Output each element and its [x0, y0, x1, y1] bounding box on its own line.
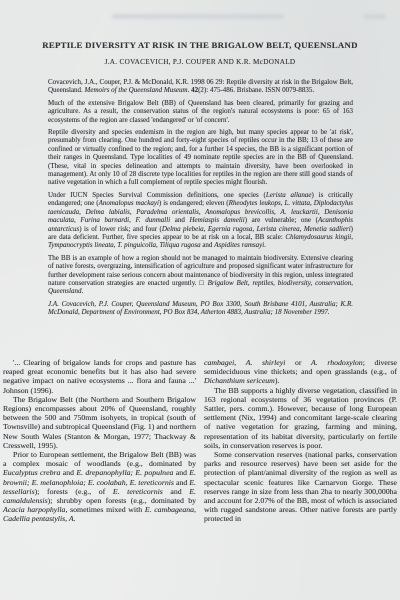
- body-columns: '... Clearing of brigalow lands for crop…: [3, 358, 397, 524]
- page-showthrough-smudge: [364, 14, 386, 19]
- abstract-paragraph-4: The BB is an example of how a region sho…: [48, 254, 353, 296]
- paper-title: REPTILE DIVERSITY AT RISK IN THE BRIGALO…: [10, 40, 390, 50]
- abstract-paragraph-1: Much of the extensive Brigalow Belt (BB)…: [48, 99, 353, 124]
- body-paragraph-continuation: cambagei, A. shirleyi or A. rhodoxylon; …: [204, 358, 397, 386]
- body-paragraph-quote: '... Clearing of brigalow lands for crop…: [3, 358, 196, 395]
- right-column: cambagei, A. shirleyi or A. rhodoxylon; …: [204, 358, 397, 524]
- author-address: J.A. Covacevich, P.J. Couper, Queensland…: [48, 300, 353, 317]
- abstract-paragraph-3: Under IUCN Species Survival Commission d…: [48, 191, 353, 250]
- page-showthrough-smudge: [112, 14, 284, 19]
- body-paragraph: The Brigalow Belt (the Northern and Sout…: [3, 395, 196, 450]
- keywords-box-icon: □: [199, 279, 207, 287]
- scanned-paper-page: REPTILE DIVERSITY AT RISK IN THE BRIGALO…: [0, 0, 400, 600]
- citation: Covacevich, J.A., Couper, P.J. & McDonal…: [48, 78, 353, 95]
- body-paragraph: The BB supports a highly diverse vegetat…: [204, 386, 397, 450]
- abstract-section: Covacevich, J.A., Couper, P.J. & McDonal…: [48, 78, 353, 321]
- body-paragraph: Prior to European settlement, the Brigal…: [3, 450, 196, 524]
- abstract-paragraph-2: Reptile diversity and species endemism i…: [48, 128, 353, 187]
- left-column: '... Clearing of brigalow lands for crop…: [3, 358, 196, 524]
- body-paragraph: Some conservation reserves (national par…: [204, 450, 397, 524]
- paper-authors: J.A. COVACEVICH, P.J. COUPER AND K.R. Mc…: [10, 58, 390, 66]
